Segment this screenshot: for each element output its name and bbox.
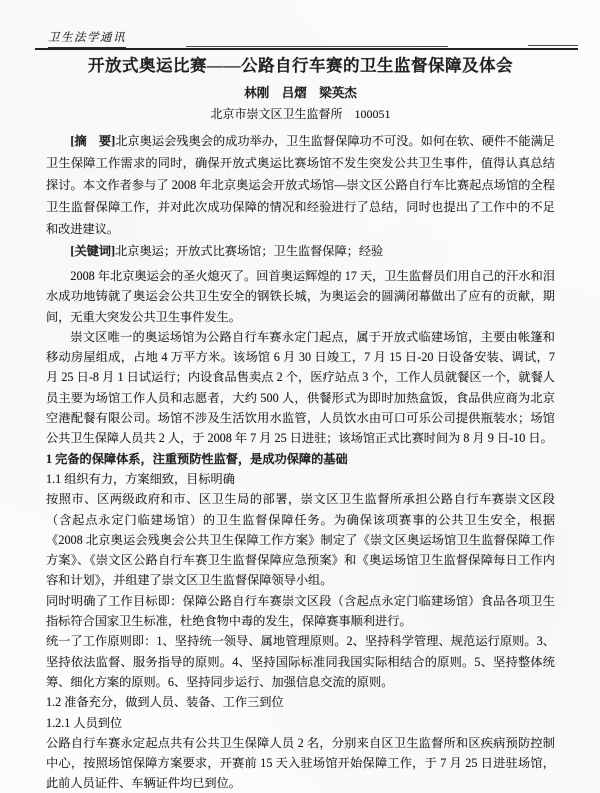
paragraph-plans: 按照市、区两级政府和市、区卫生局的部署，崇文区卫生监督所承担公路自行车赛崇文区段…: [46, 489, 555, 590]
keywords-text: 北京奥运；开放式比赛场馆；卫生监督保障；经验: [115, 244, 383, 258]
abstract-text: 北京奥运会残奥会的成功举办，卫生监督保障功不可没。如何在软、硬件不能满足卫生保障…: [46, 134, 555, 236]
paragraph-intro: 2008 年北京奥运会的圣火熄灭了。回首奥运辉煌的 17 天，卫生监督员们用自己…: [46, 266, 555, 327]
paragraph-goal: 同时明确了工作目标即：保障公路自行车赛崇文区段（含起点永定门临建场馆）食品各项卫…: [46, 591, 555, 632]
section-heading-1-1: 1.1 组织有力，方案细致，目标明确: [46, 469, 555, 489]
header-rule-thin-right: [528, 45, 578, 46]
abstract-keywords-block: [摘 要]北京奥运会残奥会的成功举办，卫生监督保障功不可没。如何在软、硬件不能满…: [46, 130, 555, 262]
paragraph-personnel: 公路自行车赛永定起点共有公共卫生保障人员 2 名，分别来自区卫生监督所和区疾病预…: [46, 733, 555, 793]
paragraph-principles: 统一了工作原则即：1、坚持统一领导、属地管理原则。2、坚持科学管理、规范运行原则…: [46, 631, 555, 692]
authors-line: 林刚 吕熠 梁英杰: [46, 83, 555, 101]
section-heading-1-2-1: 1.2.1 人员到位: [46, 713, 555, 733]
header-rule-thin-left: [186, 46, 448, 47]
paragraph-venue: 崇文区唯一的奥运场馆为公路自行车赛永定门起点，属于开放式临建场馆，主要由帐篷和移…: [46, 327, 555, 449]
article-body: 2008 年北京奥运会的圣火熄灭了。回首奥运辉煌的 17 天，卫生监督员们用自己…: [46, 266, 555, 793]
section-heading-1: 1 完备的保障体系，注重预防性监督，是成功保障的基础: [46, 449, 555, 469]
journal-name: 卫生法学通讯: [48, 29, 126, 48]
section-heading-1-2: 1.2 准备充分，做到人员、装备、工作三到位: [46, 692, 555, 712]
keywords-label: [关键词]: [70, 244, 115, 258]
article-title: 开放式奥运比赛——公路自行车赛的卫生监督保障及体会: [46, 54, 555, 78]
abstract-label: [摘 要]: [70, 134, 115, 148]
abstract-paragraph: [摘 要]北京奥运会残奥会的成功举办，卫生监督保障功不可没。如何在软、硬件不能满…: [46, 130, 555, 240]
affiliation-line: 北京市崇文区卫生监督所 100051: [46, 105, 555, 122]
article-content: 开放式奥运比赛——公路自行车赛的卫生监督保障及体会 林刚 吕熠 梁英杰 北京市崇…: [46, 54, 555, 793]
header-rule-main: [35, 48, 578, 50]
scanned-article-page: 卫生法学通讯 开放式奥运比赛——公路自行车赛的卫生监督保障及体会 林刚 吕熠 梁…: [0, 0, 600, 793]
keywords-paragraph: [关键词]北京奥运；开放式比赛场馆；卫生监督保障；经验: [46, 240, 555, 262]
